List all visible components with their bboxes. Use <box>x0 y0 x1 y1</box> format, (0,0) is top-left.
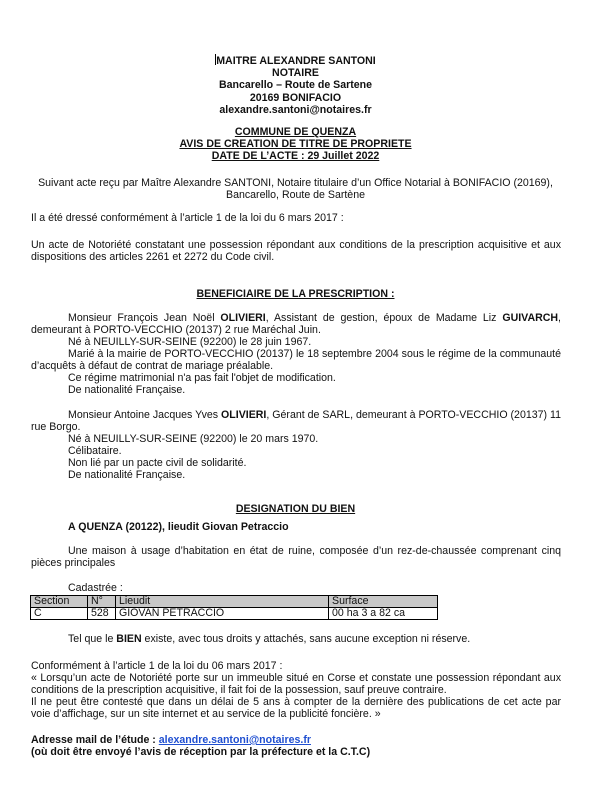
article-quote-1: « Lorsqu’un acte de Notoriété porte sur … <box>31 672 561 696</box>
beneficiary-1-marriage: Marié à la mairie de PORTO-VECCHIO (2013… <box>31 348 561 372</box>
intro-paragraph: Suivant acte reçu par Maître Alexandre S… <box>0 177 591 201</box>
document-title: COMMUNE DE QUENZA AVIS DE CREATION DE TI… <box>0 127 591 162</box>
article-quote-2: Il ne peut être contesté que dans un dél… <box>31 696 561 720</box>
beneficiary-2-surname: OLIVIERI <box>221 409 266 421</box>
header-number: N° <box>88 596 116 608</box>
notary-title-line: NOTAIRE <box>0 67 591 79</box>
cadastre-header-row: Section N° Lieudit Surface <box>31 596 438 608</box>
beneficiary-1-born: Né à NEUILLY-SUR-SEINE (92200) le 28 jui… <box>31 336 561 348</box>
beneficiary-1: Monsieur François Jean Noël OLIVIERI, As… <box>31 312 561 396</box>
cadastre-label: Cadastrée : <box>68 582 123 594</box>
beneficiary-2-nationality: De nationalité Française. <box>31 469 561 481</box>
avis-title: AVIS DE CREATION DE TITRE DE PROPRIETE <box>0 139 591 151</box>
notary-city-line: 20169 BONIFACIO <box>0 92 591 104</box>
beneficiary-2: Monsieur Antoine Jacques Yves OLIVIERI, … <box>31 409 561 481</box>
cell-number: 528 <box>88 608 116 620</box>
cell-surface: 00 ha 3 a 82 ca <box>329 608 438 620</box>
notary-address-line: Bancarello – Route de Sartene <box>0 79 591 91</box>
designation-description: Une maison à usage d’habitation en état … <box>31 545 561 569</box>
intro-line-2: Bancarello, Route de Sartène <box>0 189 591 201</box>
contact-note: (où doit être envoyé l’avis de réception… <box>31 746 561 758</box>
email-link[interactable]: alexandre.santoni@notaires.fr <box>159 734 311 746</box>
beneficiary-2-identity: Monsieur Antoine Jacques Yves OLIVIERI, … <box>31 409 561 433</box>
cadastre-table: Section N° Lieudit Surface C 528 GIOVAN … <box>30 595 438 620</box>
beneficiary-2-status: Célibataire. <box>31 445 561 457</box>
cell-lieudit: GIOVAN PETRACCIO <box>116 608 329 620</box>
law-statement: Il a été dressé conformément à l’article… <box>31 212 561 224</box>
article-block: Conformément à l’article 1 de la loi du … <box>31 660 561 720</box>
intro-line-1: Suivant acte reçu par Maître Alexandre S… <box>0 177 591 189</box>
beneficiary-1-regime: Ce régime matrimonial n'a pas fait l'obj… <box>31 372 561 384</box>
contact-email-line: Adresse mail de l’étude : alexandre.sant… <box>31 734 561 746</box>
header-section: Section <box>31 596 88 608</box>
beneficiary-1-surname: OLIVIERI <box>220 312 265 324</box>
document-page: MAITRE ALEXANDRE SANTONI NOTAIRE Bancare… <box>0 0 591 804</box>
header-surface: Surface <box>329 596 438 608</box>
letterhead: MAITRE ALEXANDRE SANTONI NOTAIRE Bancare… <box>0 54 591 116</box>
designation-location: A QUENZA (20122), lieudit Giovan Petracc… <box>31 521 561 533</box>
header-lieudit: Lieudit <box>116 596 329 608</box>
spouse-surname: GUIVARCH <box>502 312 558 324</box>
article-intro: Conformément à l’article 1 de la loi du … <box>31 660 561 672</box>
notary-name-line: MAITRE ALEXANDRE SANTONI <box>0 54 591 67</box>
contact-block: Adresse mail de l’étude : alexandre.sant… <box>31 734 561 758</box>
designation-title: DESIGNATION DU BIEN <box>0 503 591 515</box>
beneficiaires-title: BENEFICIAIRE DE LA PRESCRIPTION : <box>0 288 591 300</box>
notary-email-line: alexandre.santoni@notaires.fr <box>0 104 591 116</box>
beneficiary-2-born: Né à NEUILLY-SUR-SEINE (92200) le 20 mar… <box>31 433 561 445</box>
beneficiary-1-identity: Monsieur François Jean Noël OLIVIERI, As… <box>31 312 561 336</box>
beneficiary-2-pacs: Non lié par un pacte civil de solidarité… <box>31 457 561 469</box>
cell-section: C <box>31 608 88 620</box>
acte-description: Un acte de Notoriété constatant une poss… <box>31 239 561 263</box>
bien-statement: Tel que le BIEN existe, avec tous droits… <box>31 633 561 645</box>
acte-date: DATE DE L’ACTE : 29 Juillet 2022 <box>0 151 591 163</box>
beneficiary-1-nationality: De nationalité Française. <box>31 384 561 396</box>
table-row: C 528 GIOVAN PETRACCIO 00 ha 3 a 82 ca <box>31 608 438 620</box>
